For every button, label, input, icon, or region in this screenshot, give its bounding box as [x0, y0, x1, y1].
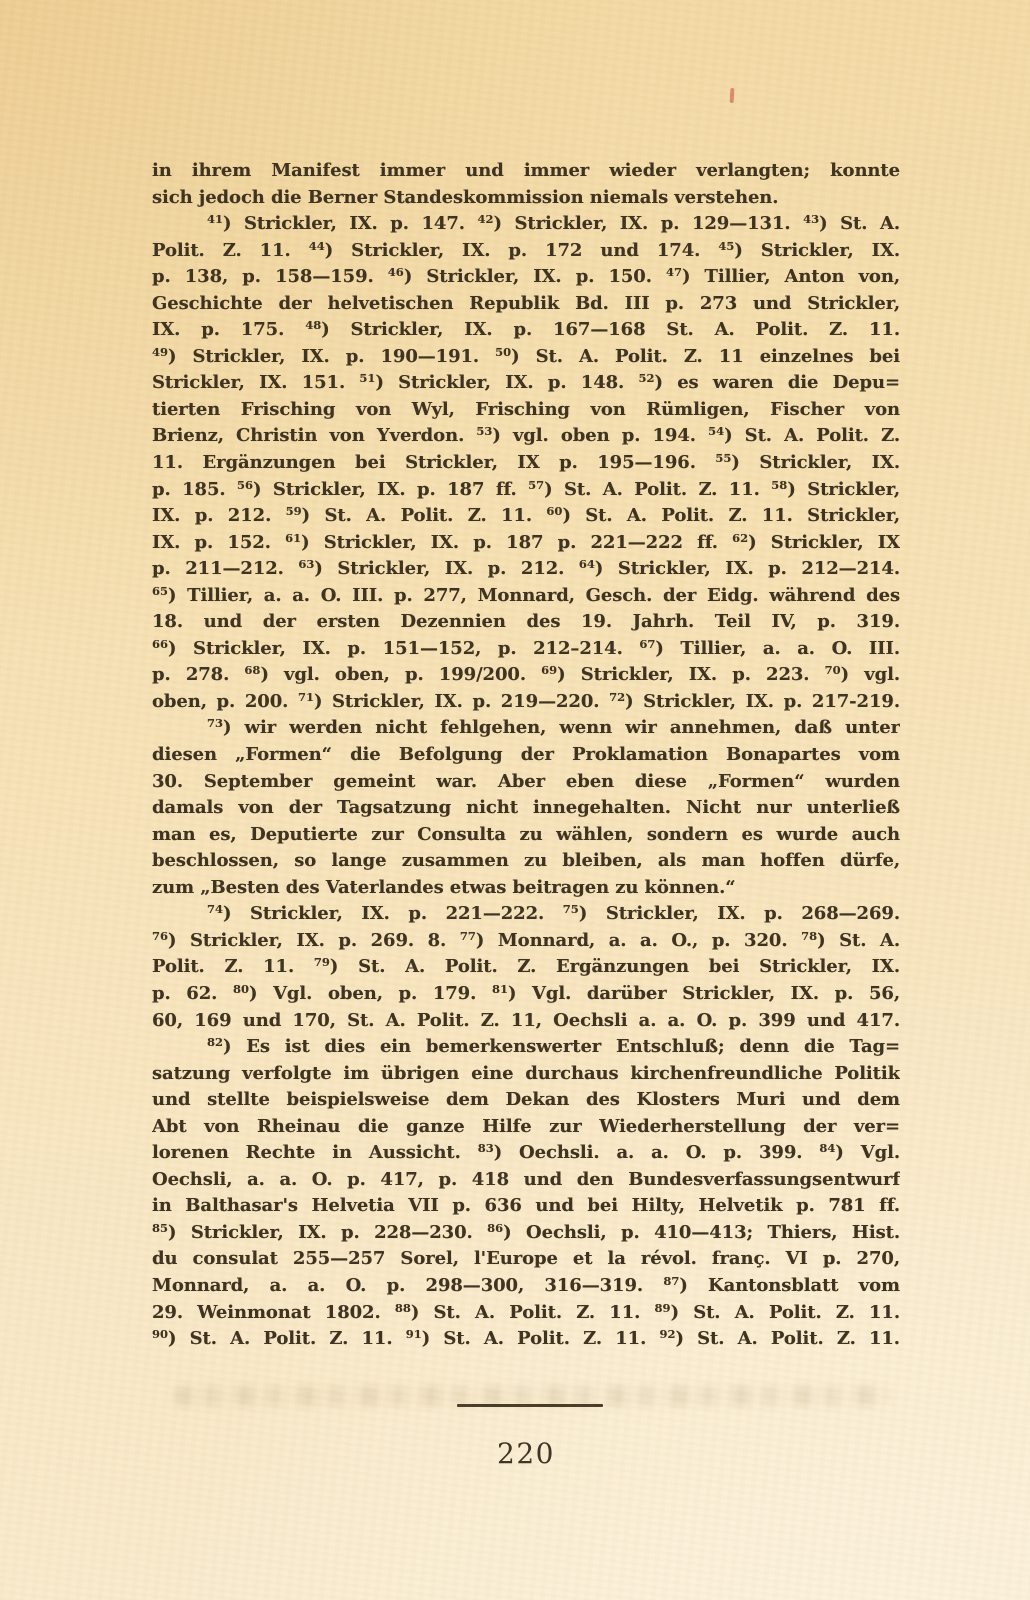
footnote-marker: 85 [152, 1221, 168, 1235]
footnote-marker: 84 [819, 1141, 835, 1155]
text-line: diesen „Formen“ die Befolgung der Prokla… [152, 742, 900, 769]
text-line: 41) Strickler, IX. p. 147. 42) Strickler… [152, 211, 900, 238]
text-line: in ihrem Manifest immer und immer wieder… [152, 158, 900, 185]
footnote-marker: 92 [659, 1327, 675, 1341]
text-line: IX. p. 175. 48) Strickler, IX. p. 167—16… [152, 317, 900, 344]
footnote-marker: 59 [286, 504, 302, 518]
text-line: Strickler, IX. 151. 51) Strickler, IX. p… [152, 370, 900, 397]
text-line: 60, 169 und 170, St. A. Polit. Z. 11, Oe… [152, 1008, 900, 1035]
text-line: Monnard, a. a. O. p. 298—300, 316—319. 8… [152, 1273, 900, 1300]
footnote-marker: 52 [638, 371, 654, 385]
footnote-marker: 60 [546, 504, 562, 518]
text-line: 90) St. A. Polit. Z. 11. 91) St. A. Poli… [152, 1326, 900, 1353]
text-line: IX. p. 152. 61) Strickler, IX. p. 187 p.… [152, 530, 900, 557]
footnote-marker: 53 [476, 424, 492, 438]
footnote-marker: 88 [395, 1301, 411, 1315]
footnote-marker: 56 [237, 478, 253, 492]
footnote-marker: 83 [478, 1141, 494, 1155]
text-line: 29. Weinmonat 1802. 88) St. A. Polit. Z.… [152, 1300, 900, 1327]
text-line: lorenen Rechte in Aussicht. 83) Oechsli.… [152, 1140, 900, 1167]
footnote-marker: 76 [152, 929, 168, 943]
book-page: in ihrem Manifest immer und immer wieder… [0, 0, 1030, 1600]
footnote-marker: 69 [541, 663, 557, 677]
footnote-marker: 91 [406, 1327, 422, 1341]
footnote-marker: 42 [477, 212, 493, 226]
footnote-marker: 50 [495, 345, 511, 359]
footnote-marker: 89 [655, 1301, 671, 1315]
text-line: 66) Strickler, IX. p. 151—152, p. 212–21… [152, 636, 900, 663]
bleed-through-artifact [175, 1386, 890, 1406]
text-line: beschlossen, so lange zusammen zu bleibe… [152, 848, 900, 875]
text-line: satzung verfolgte im übrigen eine durcha… [152, 1061, 900, 1088]
text-line: Abt von Rheinau die ganze Hilfe zur Wied… [152, 1114, 900, 1141]
text-line: 73) wir werden nicht fehlgehen, wenn wir… [152, 715, 900, 742]
text-line: damals von der Tagsatzung nicht innegeha… [152, 795, 900, 822]
text-line: Brienz, Christin von Yverdon. 53) vgl. o… [152, 423, 900, 450]
text-line: Polit. Z. 11. 79) St. A. Polit. Z. Ergän… [152, 954, 900, 981]
footnote-marker: 79 [314, 955, 330, 969]
footnote-marker: 86 [487, 1221, 503, 1235]
footnote-marker: 62 [732, 531, 748, 545]
text-line: man es, Deputierte zur Consulta zu wähle… [152, 822, 900, 849]
text-line: zum „Besten des Vaterlandes etwas beitra… [152, 875, 900, 902]
footnote-marker: 71 [298, 690, 314, 704]
text-line: und stellte beispielsweise dem Dekan des… [152, 1087, 900, 1114]
footnote-marker: 55 [715, 451, 731, 465]
footnote-marker: 87 [663, 1274, 679, 1288]
footnote-marker: 47 [666, 265, 682, 279]
text-line: in Balthasar's Helvetia VII p. 636 und b… [152, 1193, 900, 1220]
footnote-marker: 70 [825, 663, 841, 677]
footnote-marker: 45 [718, 239, 734, 253]
footnote-marker: 81 [492, 982, 508, 996]
text-line: Geschichte der helvetischen Republik Bd.… [152, 291, 900, 318]
text-block: in ihrem Manifest immer und immer wieder… [152, 158, 900, 1353]
footnote-marker: 51 [359, 371, 375, 385]
text-line: IX. p. 212. 59) St. A. Polit. Z. 11. 60)… [152, 503, 900, 530]
text-line: 82) Es ist dies ein bemerkenswerter Ents… [152, 1034, 900, 1061]
footnote-marker: 78 [801, 929, 817, 943]
footnote-marker: 44 [309, 239, 325, 253]
text-line: p. 185. 56) Strickler, IX. p. 187 ff. 57… [152, 477, 900, 504]
page-number: 220 [152, 1438, 900, 1470]
footnote-marker: 73 [207, 716, 223, 730]
footnote-marker: 54 [708, 424, 724, 438]
footnote-marker: 41 [207, 212, 223, 226]
text-line: tierten Frisching von Wyl, Frisching von… [152, 397, 900, 424]
text-line: p. 138, p. 158—159. 46) Strickler, IX. p… [152, 264, 900, 291]
footnote-marker: 75 [563, 902, 579, 916]
footnote-marker: 61 [285, 531, 301, 545]
text-line: sich jedoch die Berner Standeskommission… [152, 185, 900, 212]
text-line: p. 62. 80) Vgl. oben, p. 179. 81) Vgl. d… [152, 981, 900, 1008]
footnote-separator-rule [457, 1404, 603, 1407]
footnote-marker: 64 [579, 557, 595, 571]
footnote-marker: 57 [528, 478, 544, 492]
footnote-marker: 43 [803, 212, 819, 226]
text-line: 85) Strickler, IX. p. 228—230. 86) Oechs… [152, 1220, 900, 1247]
footnote-marker: 63 [298, 557, 314, 571]
footnote-marker: 68 [244, 663, 260, 677]
footnote-marker: 90 [152, 1327, 168, 1341]
footnote-marker: 46 [388, 265, 404, 279]
footnote-marker: 72 [609, 690, 625, 704]
pink-margin-mark [730, 88, 735, 103]
text-line: 49) Strickler, IX. p. 190—191. 50) St. A… [152, 344, 900, 371]
footnote-marker: 65 [152, 584, 168, 598]
footnote-marker: 58 [771, 478, 787, 492]
text-line: Polit. Z. 11. 44) Strickler, IX. p. 172 … [152, 238, 900, 265]
text-line: Oechsli, a. a. O. p. 417, p. 418 und den… [152, 1167, 900, 1194]
text-line: du consulat 255—257 Sorel, l'Europe et l… [152, 1246, 900, 1273]
text-line: 11. Ergänzungen bei Strickler, IX p. 195… [152, 450, 900, 477]
footnote-marker: 74 [207, 902, 223, 916]
text-line: p. 278. 68) vgl. oben, p. 199/200. 69) S… [152, 662, 900, 689]
footnote-marker: 80 [233, 982, 249, 996]
text-line: 18. und der ersten Dezennien des 19. Jah… [152, 609, 900, 636]
footnote-marker: 49 [152, 345, 168, 359]
footnote-marker: 66 [152, 637, 168, 651]
text-line: 30. September gemeint war. Aber eben die… [152, 769, 900, 796]
footnote-marker: 48 [305, 318, 321, 332]
text-line: 76) Strickler, IX. p. 269. 8. 77) Monnar… [152, 928, 900, 955]
text-line: oben, p. 200. 71) Strickler, IX. p. 219—… [152, 689, 900, 716]
footnote-marker: 77 [460, 929, 476, 943]
footnote-marker: 67 [639, 637, 655, 651]
text-line: p. 211—212. 63) Strickler, IX. p. 212. 6… [152, 556, 900, 583]
text-line: 74) Strickler, IX. p. 221—222. 75) Stric… [152, 901, 900, 928]
footnote-marker: 82 [207, 1035, 223, 1049]
text-line: 65) Tillier, a. a. O. III. p. 277, Monna… [152, 583, 900, 610]
